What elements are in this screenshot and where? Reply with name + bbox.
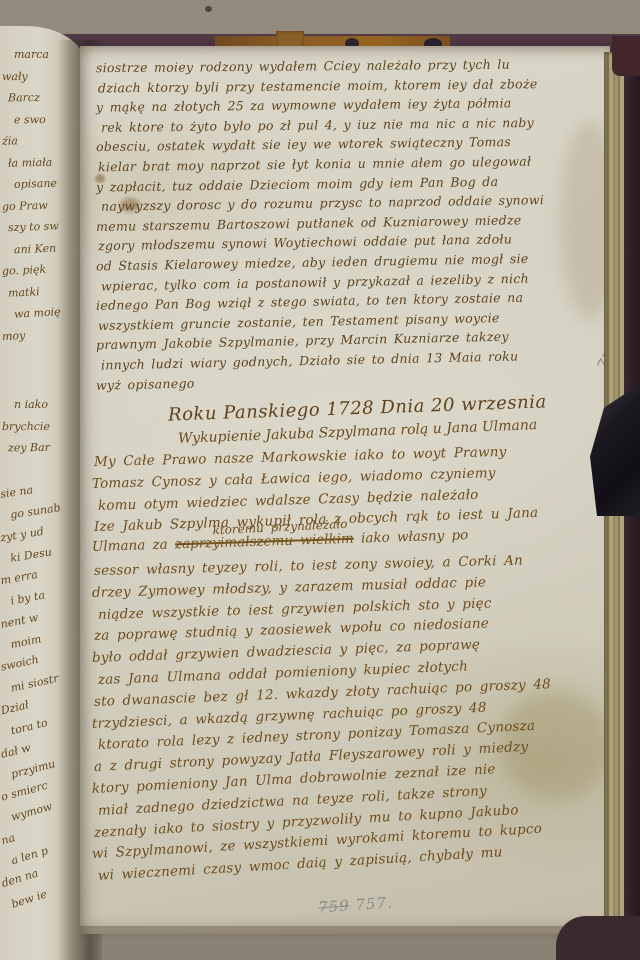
pencil-number: 757.: [355, 893, 394, 914]
testament-paragraph: siostrze moiey rodzony wydałem Cciey nal…: [96, 56, 606, 389]
pencil-number-struck: 759: [317, 896, 350, 916]
book-cover-bottom-corner: [556, 916, 640, 960]
page-bottom-shadow: [80, 926, 610, 940]
corrected-line-prefix: Ulmana za: [92, 536, 176, 555]
dust-speck: [205, 6, 212, 12]
purchase-record-paragraph-rest: sessor własny teyzey roli, to iest zony …: [92, 561, 608, 888]
manuscript-photo: marcawałyBarcze swoźiała miałaopisanego …: [0, 0, 640, 960]
book-cover-corner: [612, 36, 640, 76]
purchase-record-paragraph-start: My Całe Prawo nasze Markowskie iako to w…: [92, 452, 608, 539]
